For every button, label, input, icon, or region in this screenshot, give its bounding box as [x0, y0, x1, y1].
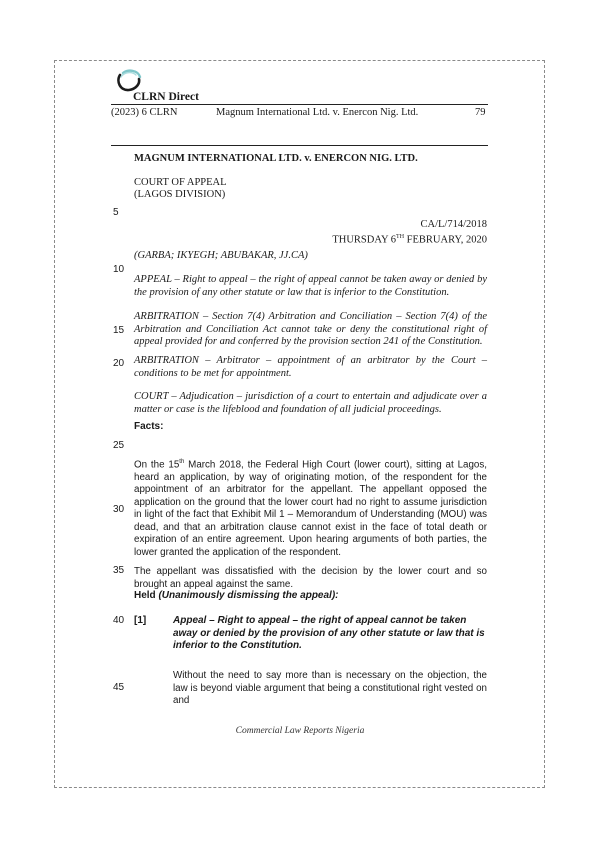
line-number: 25: [113, 440, 124, 451]
line-number: 10: [113, 264, 124, 275]
line-number: 35: [113, 565, 124, 576]
catchword: COURT – Adjudication – jurisdiction of a…: [134, 391, 487, 416]
facts-paragraph: The appellant was dissatisfied with the …: [134, 566, 487, 591]
line-number: 20: [113, 358, 124, 369]
division-label: (LAGOS DIVISION): [134, 189, 487, 201]
judges: (GARBA; IKYEGH; ABUBAKAR, JJ.CA): [134, 250, 487, 261]
holding-heading: Appeal – Right to appeal – the right of …: [173, 615, 487, 653]
line-number: 5: [113, 207, 119, 218]
held-heading: Held (Unanimously dismissing the appeal)…: [134, 590, 487, 601]
line-number: 40: [113, 615, 124, 626]
page-number: 79: [475, 107, 486, 118]
line-number: 45: [113, 682, 124, 693]
line-number: 15: [113, 325, 124, 336]
citation: (2023) 6 CLRN: [111, 107, 178, 118]
holding-body: Without the need to say more than is nec…: [173, 670, 487, 708]
case-title: MAGNUM INTERNATIONAL LTD. v. ENERCON NIG…: [134, 153, 487, 164]
running-title: Magnum International Ltd. v. Enercon Nig…: [216, 107, 418, 118]
header-bottom-rule: [111, 145, 488, 146]
suit-number: CA/L/714/2018: [332, 219, 487, 231]
facts-paragraph: On the 15th March 2018, the Federal High…: [134, 456, 487, 559]
publication-footer: Commercial Law Reports Nigeria: [0, 726, 600, 736]
brand-name: CLRN Direct: [133, 91, 199, 103]
court-name: COURT OF APPEAL (LAGOS DIVISION): [134, 177, 487, 201]
catchword: ARBITRATION – Arbitrator – appointment o…: [134, 355, 487, 380]
holding-number: [1]: [134, 615, 146, 626]
court-label: COURT OF APPEAL: [134, 177, 487, 189]
judgment-date: THURSDAY 6TH FEBRUARY, 2020: [332, 231, 487, 247]
header-rule: [111, 104, 488, 105]
catchword: ARBITRATION – Section 7(4) Arbitration a…: [134, 311, 487, 349]
facts-heading: Facts:: [134, 421, 487, 432]
suit-and-date: CA/L/714/2018 THURSDAY 6TH FEBRUARY, 202…: [332, 219, 487, 247]
line-number: 30: [113, 504, 124, 515]
catchword: APPEAL – Right to appeal – the right of …: [134, 274, 487, 299]
